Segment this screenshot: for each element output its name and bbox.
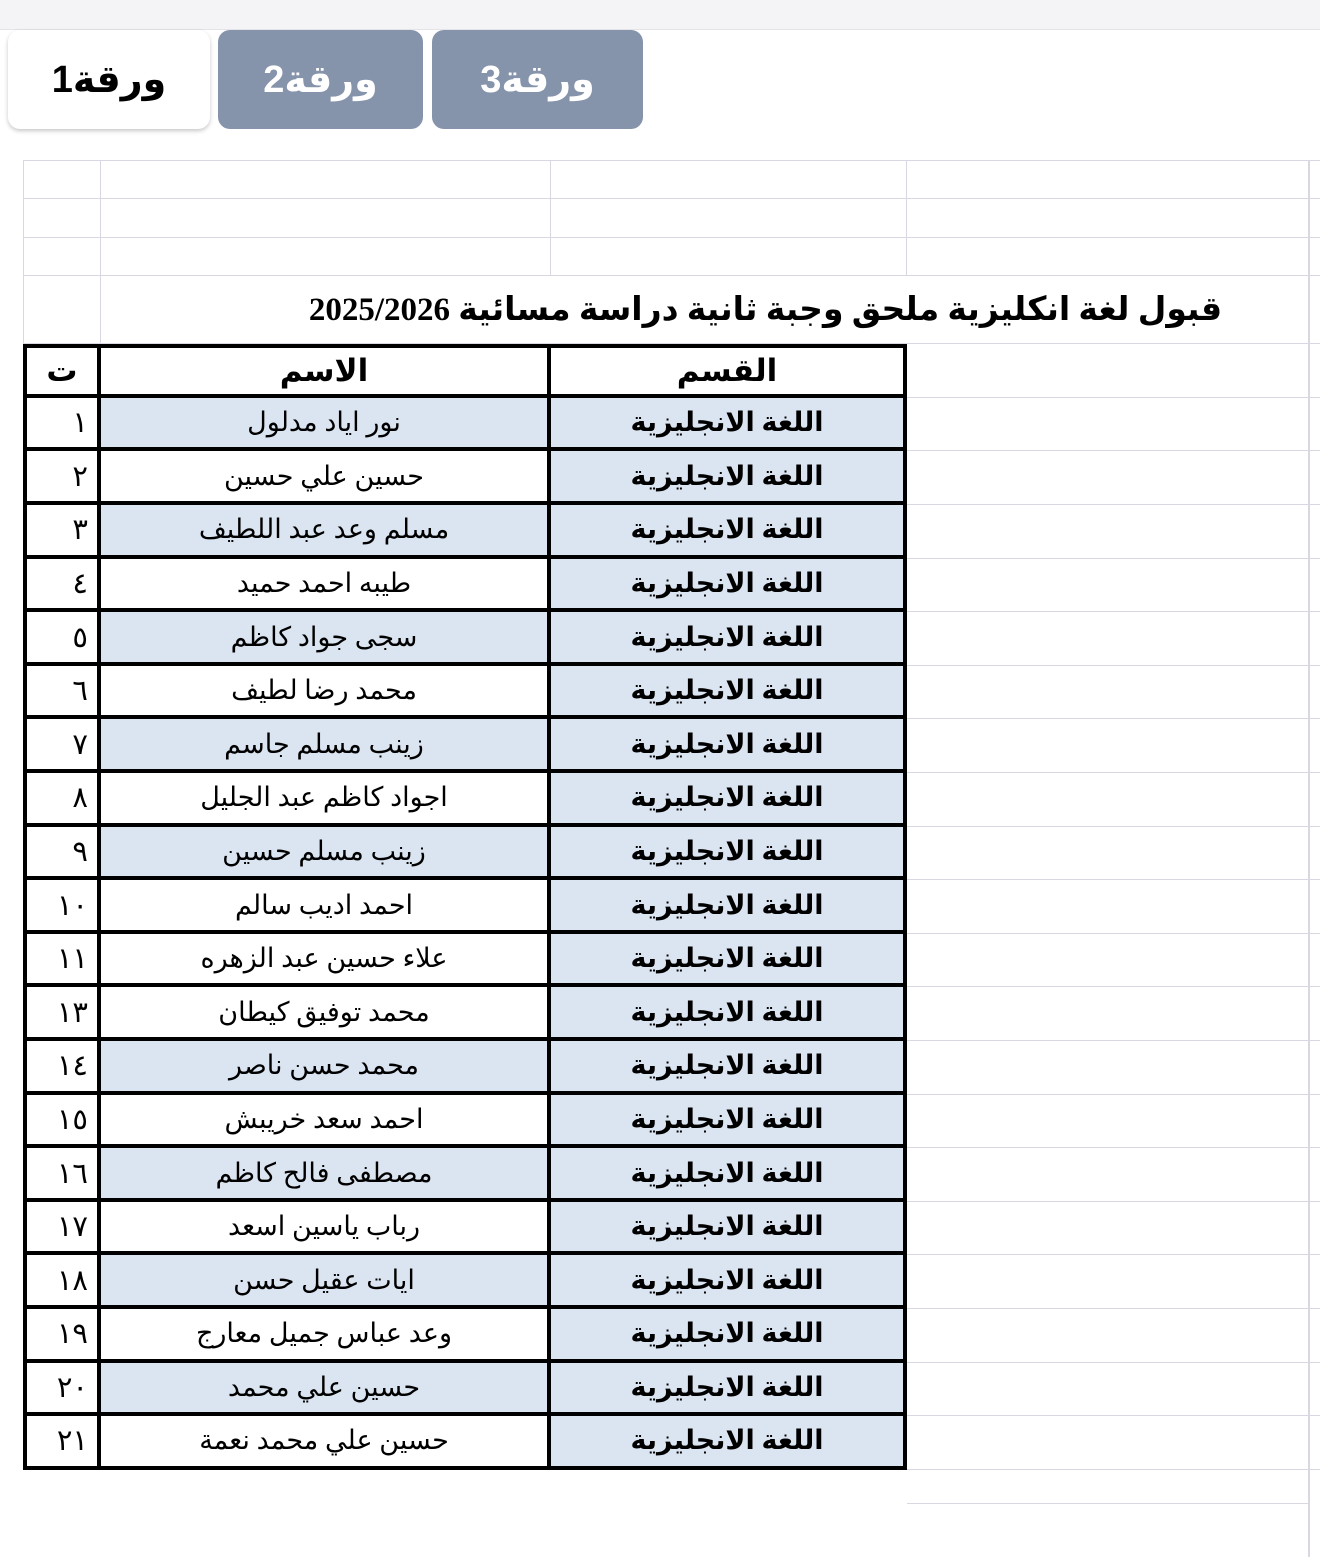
department: اللغة الانجليزية: [630, 1104, 823, 1135]
student-name-cell[interactable]: حسين علي حسين: [101, 451, 551, 505]
department: اللغة الانجليزية: [630, 729, 823, 760]
table-row: ١٥ احمد سعد خريبش اللغة الانجليزية: [23, 1095, 1320, 1149]
grid-extra-cell: [907, 505, 1320, 559]
department-cell[interactable]: اللغة الانجليزية: [551, 666, 907, 720]
row-index-cell[interactable]: ٢: [23, 451, 101, 505]
grid-extra-cell: [907, 827, 1320, 881]
student-name: احمد اديب سالم: [235, 890, 413, 921]
department-cell[interactable]: اللغة الانجليزية: [551, 934, 907, 988]
sheet-tab-3-label: ورقة3: [480, 57, 595, 102]
department: اللغة الانجليزية: [630, 514, 823, 545]
empty-grid-rows: [23, 160, 1320, 276]
student-name-cell[interactable]: مصطفى فالح كاظم: [101, 1148, 551, 1202]
student-name-cell[interactable]: احمد اديب سالم: [101, 880, 551, 934]
row-index: ٢٠: [57, 1370, 88, 1405]
department: اللغة الانجليزية: [630, 1050, 823, 1081]
empty-cell[interactable]: [551, 238, 907, 275]
row-index-cell[interactable]: ١١: [23, 934, 101, 988]
grid-extra-cell: [907, 1255, 1320, 1309]
row-index: ٦: [72, 673, 88, 708]
row-index-cell[interactable]: ٢١: [23, 1416, 101, 1470]
student-name: حسين علي محمد: [228, 1372, 420, 1403]
header-department-label: القسم: [677, 353, 777, 389]
row-index: ٢١: [57, 1423, 88, 1458]
department: اللغة الانجليزية: [630, 568, 823, 599]
sheet-tab-1-label: ورقة1: [52, 57, 167, 102]
department-cell[interactable]: اللغة الانجليزية: [551, 1148, 907, 1202]
student-name-cell[interactable]: طيبه احمد حميد: [101, 559, 551, 613]
grid-extra-cell: [907, 1202, 1320, 1256]
department-cell[interactable]: اللغة الانجليزية: [551, 559, 907, 613]
header-department-cell[interactable]: القسم: [551, 344, 907, 398]
row-index: ٩: [72, 834, 88, 869]
student-name: زينب مسلم جاسم: [224, 729, 424, 760]
student-name-cell[interactable]: حسين علي محمد: [101, 1363, 551, 1417]
student-name: سجى جواد كاظم: [231, 622, 418, 653]
header-index-cell[interactable]: ت: [23, 344, 101, 398]
row-index-cell[interactable]: ١٥: [23, 1095, 101, 1149]
empty-cell[interactable]: [551, 161, 907, 198]
department-cell[interactable]: اللغة الانجليزية: [551, 1309, 907, 1363]
department: اللغة الانجليزية: [630, 1425, 823, 1456]
row-index: ١٠: [57, 888, 88, 923]
student-name-cell[interactable]: علاء حسين عبد الزهره: [101, 934, 551, 988]
table-row: ٤ طيبه احمد حميد اللغة الانجليزية: [23, 559, 1320, 613]
row-index-cell[interactable]: ٥: [23, 612, 101, 666]
table-row: ١٩ وعد عباس جميل معارج اللغة الانجليزية: [23, 1309, 1320, 1363]
table-row: ١٧ رباب ياسين اسعد اللغة الانجليزية: [23, 1202, 1320, 1256]
department-cell[interactable]: اللغة الانجليزية: [551, 773, 907, 827]
department-cell[interactable]: اللغة الانجليزية: [551, 1363, 907, 1417]
grid-extra-cell: [907, 1309, 1320, 1363]
grid-extra-cell: [907, 559, 1320, 613]
right-gridline: [1308, 160, 1310, 1557]
department-cell[interactable]: اللغة الانجليزية: [551, 1041, 907, 1095]
title-row: قبول لغة انكليزية ملحق وجبة ثانية دراسة …: [23, 276, 1320, 344]
grid-extra-cell: [907, 934, 1320, 988]
department-cell[interactable]: اللغة الانجليزية: [551, 1202, 907, 1256]
grid-extra-cell: [907, 1041, 1320, 1095]
student-name-cell[interactable]: محمد توفيق كيطان: [101, 987, 551, 1041]
student-name: علاء حسين عبد الزهره: [201, 943, 448, 974]
row-index: ٧: [72, 727, 88, 762]
row-index: ٨: [72, 780, 88, 815]
grid-extra-cell: [907, 344, 1320, 398]
empty-grid-row: [23, 238, 1320, 276]
department-cell[interactable]: اللغة الانجليزية: [551, 987, 907, 1041]
grid-extra-cell: [907, 1095, 1320, 1149]
row-index: ٤: [72, 566, 88, 601]
row-index-cell[interactable]: ١٧: [23, 1202, 101, 1256]
student-name-cell[interactable]: سجى جواد كاظم: [101, 612, 551, 666]
student-name-cell[interactable]: زينب مسلم حسين: [101, 827, 551, 881]
row-index-cell[interactable]: ١٩: [23, 1309, 101, 1363]
row-index: ٣: [72, 512, 88, 547]
row-index-cell[interactable]: ٩: [23, 827, 101, 881]
grid-extra-cell: [907, 1363, 1320, 1417]
empty-cell[interactable]: [907, 161, 1320, 198]
table-row: ٦ محمد رضا لطيف اللغة الانجليزية: [23, 666, 1320, 720]
table-row: ٢ حسين علي حسين اللغة الانجليزية: [23, 451, 1320, 505]
department-cell[interactable]: اللغة الانجليزية: [551, 398, 907, 452]
table-row: ٨ اجواد كاظم عبد الجليل اللغة الانجليزية: [23, 773, 1320, 827]
department-cell[interactable]: اللغة الانجليزية: [551, 451, 907, 505]
row-index: ١٤: [57, 1048, 88, 1083]
table-row: ٢١ حسين علي محمد نعمة اللغة الانجليزية: [23, 1416, 1320, 1470]
table-row: ٧ زينب مسلم جاسم اللغة الانجليزية: [23, 719, 1320, 773]
empty-cell[interactable]: [23, 161, 101, 198]
table-row: ١٤ محمد حسن ناصر اللغة الانجليزية: [23, 1041, 1320, 1095]
row-index-cell[interactable]: ١: [23, 398, 101, 452]
department: اللغة الانجليزية: [630, 622, 823, 653]
header-name-cell[interactable]: الاسم: [101, 344, 551, 398]
student-name: ايات عقيل حسن: [233, 1265, 415, 1296]
department: اللغة الانجليزية: [630, 1318, 823, 1349]
row-index-cell[interactable]: ١٣: [23, 987, 101, 1041]
student-name-cell[interactable]: نور اياد مدلول: [101, 398, 551, 452]
grid-extra-cell: [907, 773, 1320, 827]
student-name: زينب مسلم حسين: [222, 836, 426, 867]
empty-grid-row: [23, 161, 1320, 199]
table-body: ١ نور اياد مدلول اللغة الانجليزية ٢ حسين…: [23, 398, 1320, 1470]
row-index-cell[interactable]: ٤: [23, 559, 101, 613]
row-index: ١: [72, 405, 88, 440]
student-name-cell[interactable]: رباب ياسين اسعد: [101, 1202, 551, 1256]
table-row: ١٨ ايات عقيل حسن اللغة الانجليزية: [23, 1255, 1320, 1309]
grid-extra-cell: [907, 612, 1320, 666]
sheet-tab-2[interactable]: ورقة2: [218, 30, 423, 129]
table-header-row: ت الاسم القسم: [23, 344, 1320, 398]
row-index: ١٣: [57, 995, 88, 1030]
empty-cell[interactable]: [23, 199, 101, 236]
department: اللغة الانجليزية: [630, 1372, 823, 1403]
department: اللغة الانجليزية: [630, 1158, 823, 1189]
department-cell[interactable]: اللغة الانجليزية: [551, 505, 907, 559]
department-cell[interactable]: اللغة الانجليزية: [551, 880, 907, 934]
row-index-cell[interactable]: ١٠: [23, 880, 101, 934]
header-name-label: الاسم: [280, 353, 369, 389]
department-cell[interactable]: اللغة الانجليزية: [551, 1416, 907, 1470]
grid-extra-cell: [907, 987, 1320, 1041]
row-index-cell[interactable]: ١٦: [23, 1148, 101, 1202]
student-name: حسين علي محمد نعمة: [199, 1425, 449, 1456]
student-name: مصطفى فالح كاظم: [215, 1158, 432, 1189]
student-name-cell[interactable]: حسين علي محمد نعمة: [101, 1416, 551, 1470]
student-name-cell[interactable]: محمد حسن ناصر: [101, 1041, 551, 1095]
department-cell[interactable]: اللغة الانجليزية: [551, 719, 907, 773]
header-index-label: ت: [46, 353, 77, 389]
empty-cell[interactable]: [907, 199, 1320, 236]
table-row: ٣ مسلم وعد عبد اللطيف اللغة الانجليزية: [23, 505, 1320, 559]
department-cell[interactable]: اللغة الانجليزية: [551, 1095, 907, 1149]
department: اللغة الانجليزية: [630, 997, 823, 1028]
table-row: ١٦ مصطفى فالح كاظم اللغة الانجليزية: [23, 1148, 1320, 1202]
grid-extra-cell: [907, 1416, 1320, 1470]
student-name-cell[interactable]: محمد رضا لطيف: [101, 666, 551, 720]
student-name: محمد رضا لطيف: [231, 675, 417, 706]
student-name-cell[interactable]: وعد عباس جميل معارج: [101, 1309, 551, 1363]
student-name: احمد سعد خريبش: [225, 1104, 424, 1135]
sheet-title: قبول لغة انكليزية ملحق وجبة ثانية دراسة …: [309, 289, 1222, 329]
worksheet-grid: قبول لغة انكليزية ملحق وجبة ثانية دراسة …: [23, 160, 1320, 1504]
department: اللغة الانجليزية: [630, 1265, 823, 1296]
row-index-cell[interactable]: ١٨: [23, 1255, 101, 1309]
row-index: ٥: [72, 620, 88, 655]
empty-cell[interactable]: [101, 238, 551, 275]
department-cell[interactable]: اللغة الانجليزية: [551, 612, 907, 666]
row-index: ٢: [72, 459, 88, 494]
row-index-cell[interactable]: ٢٠: [23, 1363, 101, 1417]
sheet-title-cell[interactable]: قبول لغة انكليزية ملحق وجبة ثانية دراسة …: [101, 276, 1320, 344]
department-cell[interactable]: اللغة الانجليزية: [551, 1255, 907, 1309]
department-cell[interactable]: اللغة الانجليزية: [551, 827, 907, 881]
table-row: ١١ علاء حسين عبد الزهره اللغة الانجليزية: [23, 934, 1320, 988]
student-name-cell[interactable]: زينب مسلم جاسم: [101, 719, 551, 773]
empty-cell[interactable]: [23, 276, 101, 344]
empty-cell[interactable]: [101, 161, 551, 198]
student-name: نور اياد مدلول: [247, 407, 401, 438]
row-index-cell[interactable]: ١٤: [23, 1041, 101, 1095]
row-index: ١٨: [57, 1263, 88, 1298]
department: اللغة الانجليزية: [630, 1211, 823, 1242]
student-name: وعد عباس جميل معارج: [196, 1318, 452, 1349]
sheet-tab-3[interactable]: ورقة3: [432, 30, 643, 129]
table-row: ١ نور اياد مدلول اللغة الانجليزية: [23, 398, 1320, 452]
row-index: ١١: [57, 941, 88, 976]
department: اللغة الانجليزية: [630, 836, 823, 867]
grid-extra-cell: [907, 880, 1320, 934]
row-index-cell[interactable]: ٦: [23, 666, 101, 720]
student-name: مسلم وعد عبد اللطيف: [199, 514, 449, 545]
window-top-strip: [0, 0, 1320, 30]
row-index-cell[interactable]: ٨: [23, 773, 101, 827]
department: اللغة الانجليزية: [630, 943, 823, 974]
grid-extra-cell: [907, 1148, 1320, 1202]
row-index: ١٦: [57, 1156, 88, 1191]
student-name-cell[interactable]: اجواد كاظم عبد الجليل: [101, 773, 551, 827]
grid-extra-cell: [907, 398, 1320, 452]
empty-cell[interactable]: [551, 199, 907, 236]
grid-extra-cell: [907, 666, 1320, 720]
table-row: ٥ سجى جواد كاظم اللغة الانجليزية: [23, 612, 1320, 666]
row-index: ١٧: [57, 1209, 88, 1244]
student-name: محمد حسن ناصر: [229, 1050, 419, 1081]
table-row: ٩ زينب مسلم حسين اللغة الانجليزية: [23, 827, 1320, 881]
department: اللغة الانجليزية: [630, 407, 823, 438]
student-name-cell[interactable]: مسلم وعد عبد اللطيف: [101, 505, 551, 559]
table-row: ٢٠ حسين علي محمد اللغة الانجليزية: [23, 1363, 1320, 1417]
grid-extra-cell: [907, 451, 1320, 505]
empty-cell[interactable]: [907, 238, 1320, 275]
department: اللغة الانجليزية: [630, 890, 823, 921]
student-name: محمد توفيق كيطان: [218, 997, 429, 1028]
table-row: ١٣ محمد توفيق كيطان اللغة الانجليزية: [23, 987, 1320, 1041]
sheet-tab-1[interactable]: ورقة1: [8, 30, 210, 129]
row-index-cell[interactable]: ٣: [23, 505, 101, 559]
row-index-cell[interactable]: ٧: [23, 719, 101, 773]
empty-cell[interactable]: [101, 199, 551, 236]
department: اللغة الانجليزية: [630, 782, 823, 813]
student-name-cell[interactable]: احمد سعد خريبش: [101, 1095, 551, 1149]
student-name: طيبه احمد حميد: [237, 568, 411, 599]
bottom-gridline-band: [907, 1470, 1308, 1504]
row-index: ١٥: [57, 1102, 88, 1137]
empty-grid-row: [23, 199, 1320, 237]
student-name: اجواد كاظم عبد الجليل: [200, 782, 448, 813]
student-name-cell[interactable]: ايات عقيل حسن: [101, 1255, 551, 1309]
student-name: رباب ياسين اسعد: [228, 1211, 420, 1242]
department: اللغة الانجليزية: [630, 461, 823, 492]
grid-extra-cell: [907, 719, 1320, 773]
empty-cell[interactable]: [23, 238, 101, 275]
department: اللغة الانجليزية: [630, 675, 823, 706]
sheet-tab-2-label: ورقة2: [263, 57, 378, 102]
row-index: ١٩: [57, 1316, 88, 1351]
table-row: ١٠ احمد اديب سالم اللغة الانجليزية: [23, 880, 1320, 934]
student-name: حسين علي حسين: [224, 461, 424, 492]
